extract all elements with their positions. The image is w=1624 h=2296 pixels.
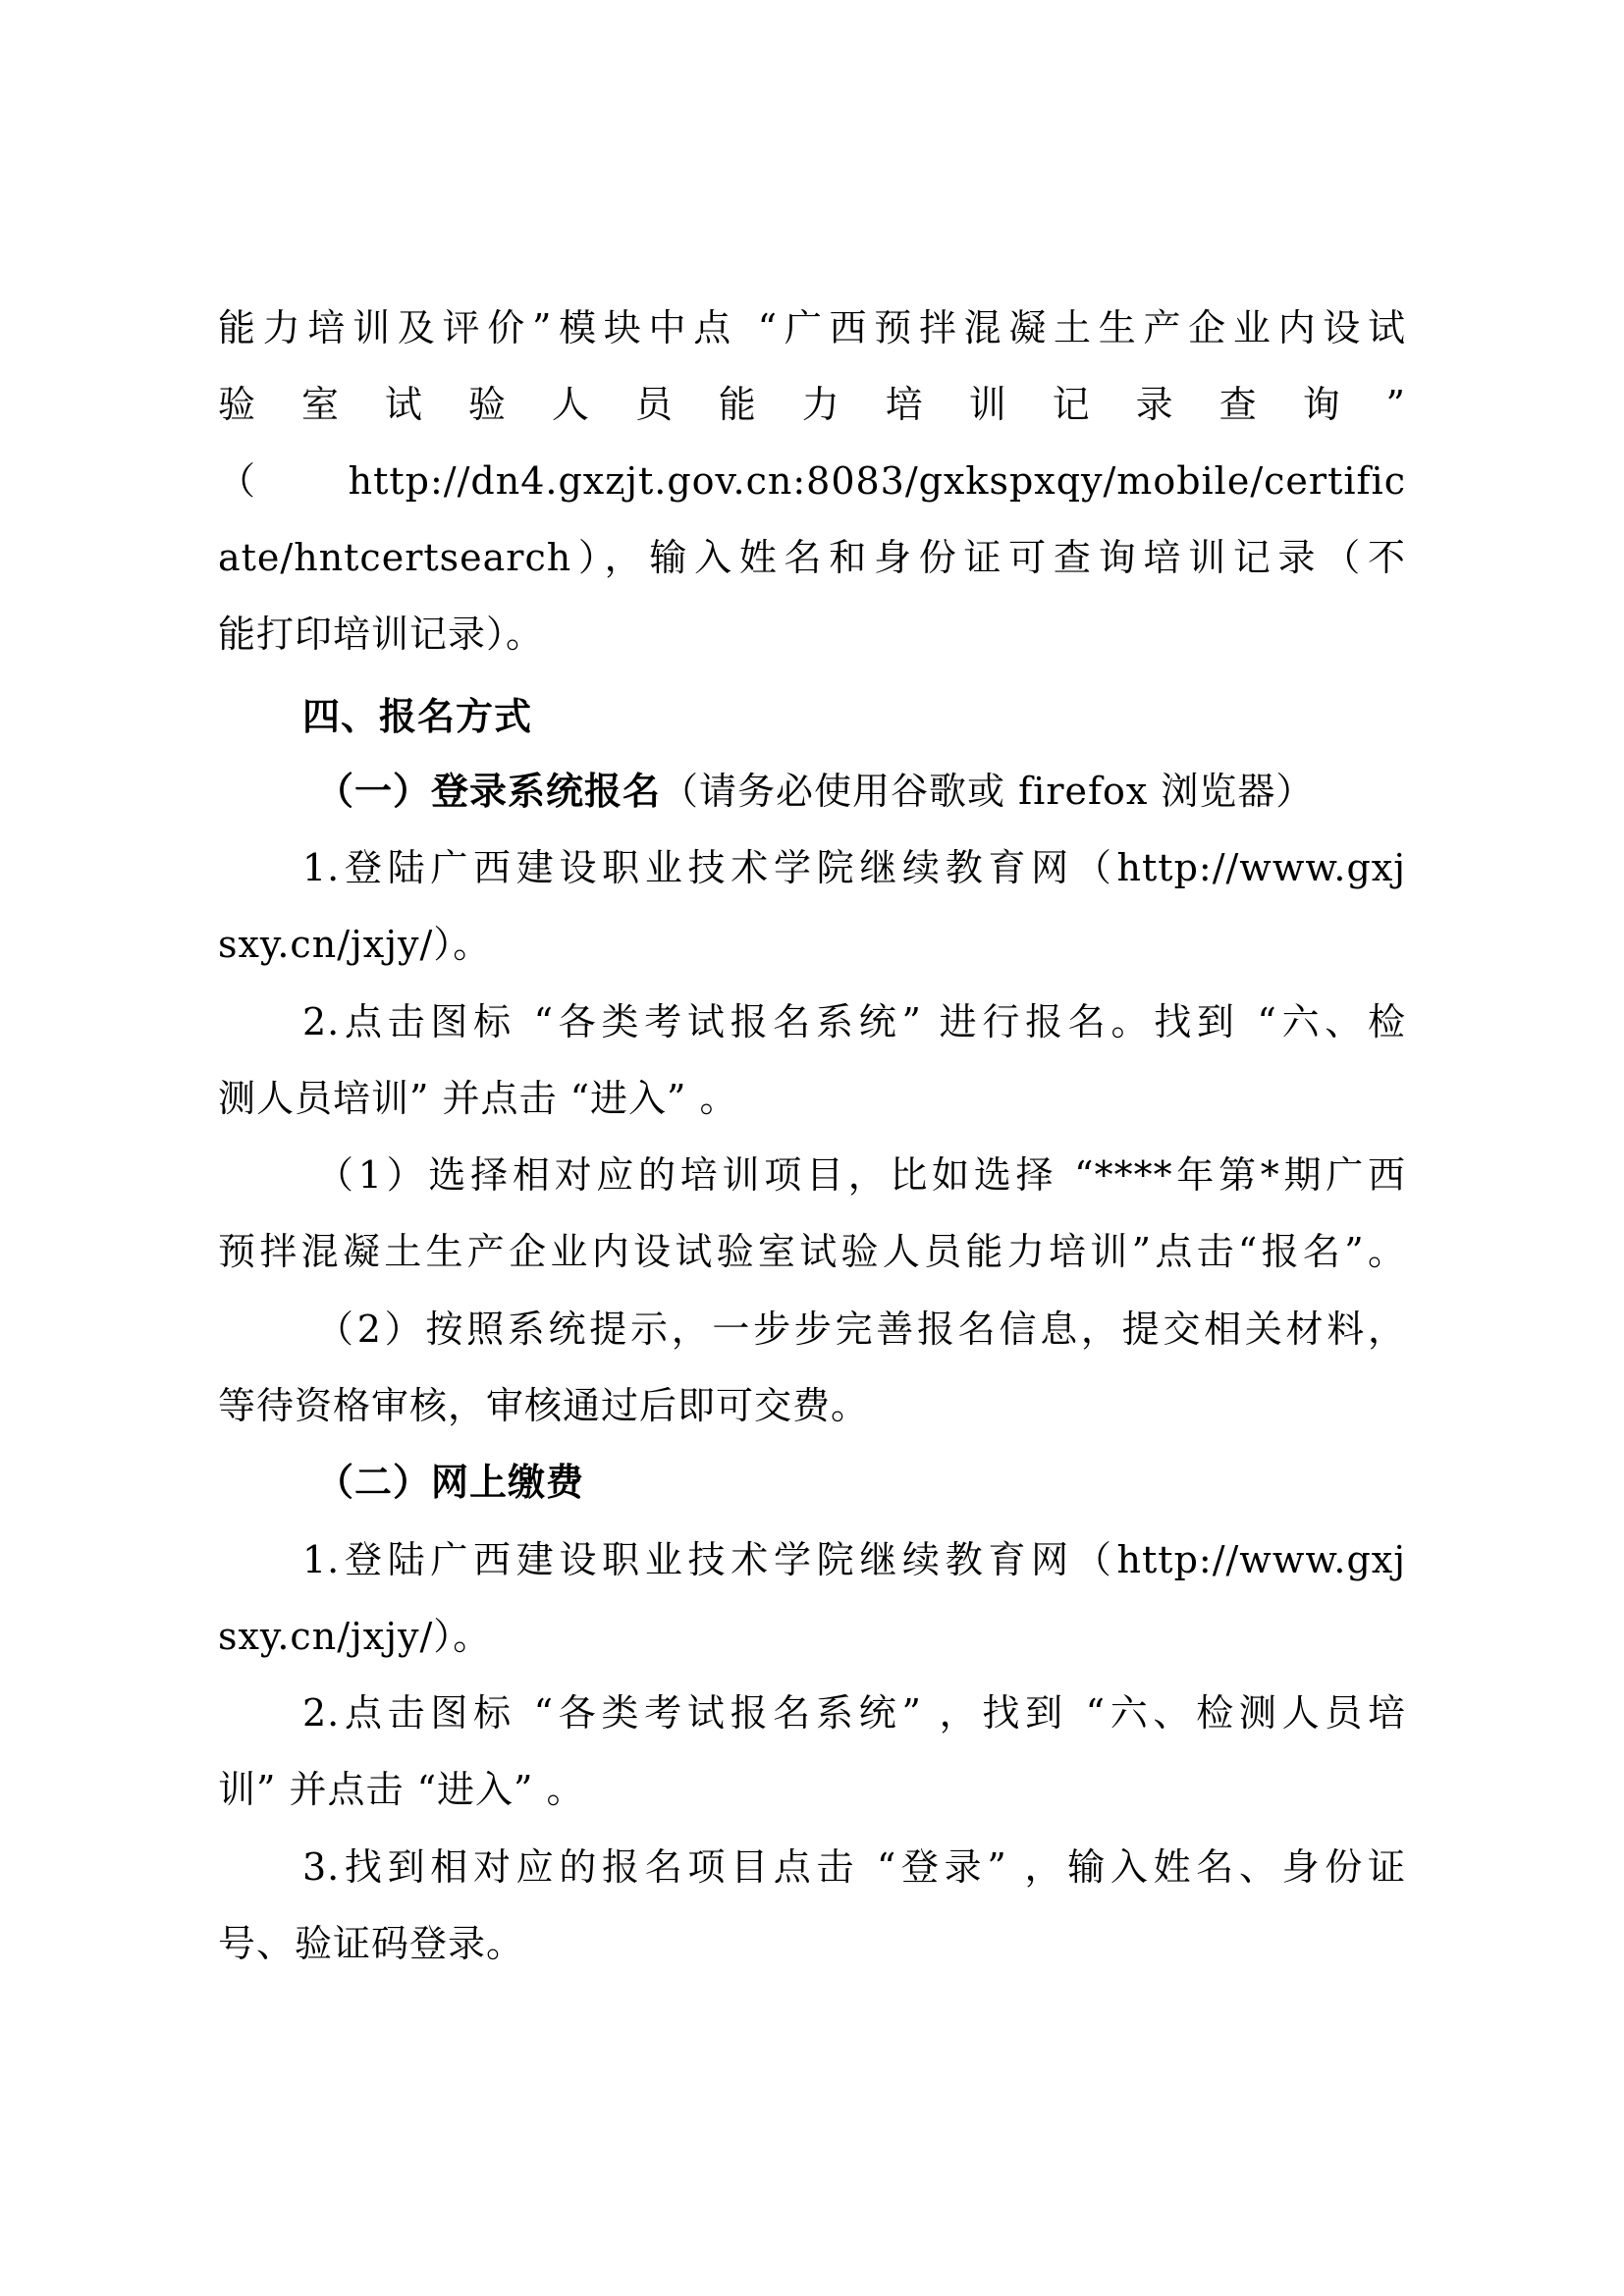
url-line: （http://dn4.gxzjt.gov.cn:8083/gxkspxqy/m…: [218, 457, 1406, 505]
step-line: 号、验证码登录。: [218, 1920, 1406, 1967]
step-line: sxy.cn/jxjy/）。: [218, 921, 1406, 968]
paragraph-line: 验 室 试 验 人 员 能 力 培 训 记 录 查 询 ”: [218, 381, 1406, 428]
paragraph-line: 能力培训及评价”模块中点 “广西预拌混凝土生产企业内设试: [218, 304, 1406, 351]
subsection-note: （请务必使用谷歌或 firefox 浏览器）: [661, 770, 1314, 813]
step-line: 2.点击图标 “各类考试报名系统” ，找到 “六、检测人员培: [302, 1689, 1406, 1736]
step-line: sxy.cn/jxjy/）。: [218, 1613, 1406, 1660]
step-line: 测人员培训” 并点击 “进入” 。: [218, 1075, 1406, 1122]
step-line: 3.找到相对应的报名项目点击 “登录” ，输入姓名、身份证: [302, 1843, 1406, 1891]
section-heading: 四、报名方式: [302, 693, 1406, 740]
paragraph-line: 能打印培训记录）。: [218, 611, 1406, 658]
document-page: 能力培训及评价”模块中点 “广西预拌混凝土生产企业内设试 验 室 试 验 人 员…: [0, 0, 1624, 2296]
substep-line: 预拌混凝土生产企业内设试验室试验人员能力培训”点击“报名”。: [218, 1228, 1406, 1275]
subsection-heading: （一）登录系统报名（请务必使用谷歌或 firefox 浏览器）: [316, 768, 1406, 815]
substep-line: 等待资格审核，审核通过后即可交费。: [218, 1382, 1406, 1429]
step-line: 1.登陆广西建设职业技术学院继续教育网（http://www.gxj: [302, 1536, 1406, 1583]
step-line: 1.登陆广西建设职业技术学院继续教育网（http://www.gxj: [302, 844, 1406, 891]
step-line: 2.点击图标 “各类考试报名系统” 进行报名。找到 “六、检: [302, 998, 1406, 1045]
paragraph-line: ate/hntcertsearch），输入姓名和身份证可查询培训记录（不: [218, 534, 1406, 581]
subsection-heading: （二）网上缴费: [316, 1459, 1406, 1506]
step-line: 训” 并点击 “进入” 。: [218, 1766, 1406, 1813]
substep-line: （2）按照系统提示，一步步完善报名信息，提交相关材料，: [316, 1306, 1406, 1353]
substep-line: （1）选择相对应的培训项目，比如选择 “****年第*期广西: [316, 1151, 1406, 1199]
subsection-title: （一）登录系统报名: [316, 770, 661, 813]
